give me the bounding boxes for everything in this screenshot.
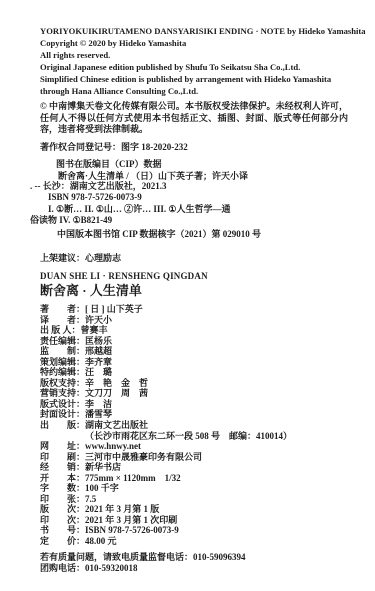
license-line-title: YORIYOKUIKIRUTAMENO DANSYARISIKI ENDING … xyxy=(40,26,349,38)
isbn-line: 书 号：ISBN 978-7-5726-0073-9 xyxy=(40,525,349,536)
translator-line: 译 者：许天小 xyxy=(40,315,349,326)
layout-design-line: 版式设计：李 洁 xyxy=(40,399,349,410)
quality-hotline-line: 若有质量问题，请致电质量监督电话：010-59096394 xyxy=(40,552,349,564)
cip-description-line2: . -- 长沙：湖南文艺出版社，2021.3 xyxy=(30,181,349,191)
cip-isbn: ISBN 978-7-5726-0073-9 xyxy=(48,192,349,202)
responsible-editor-line: 责任编辑：匡杨乐 xyxy=(40,336,349,347)
title-pinyin: DUAN SHE LI · RENSHENG QINGDAN xyxy=(40,271,349,282)
footer-block: 若有质量问题，请致电质量监督电话：010-59096394 团购电话：010-5… xyxy=(40,552,349,575)
marketing-support-line: 营销支持：文刀刀 周 茜 xyxy=(40,388,349,399)
printing-line: 印 次：2021 年 3 月第 1 次印刷 xyxy=(40,515,349,526)
printer-line: 印 刷：三河市中晟雅豪印务有限公司 xyxy=(40,452,349,463)
cover-design-line: 封面设计：潘雪琴 xyxy=(40,409,349,420)
publishing-house-line: 出 版：湖南文艺出版社 xyxy=(40,420,349,431)
colophon-block: 著 者：[ 日 ] 山下英子 译 者：许天小 出 版 人：曾赛丰 责任编辑：匡杨… xyxy=(40,304,349,547)
format-line: 开 本：775mm × 1120mm 1/32 xyxy=(40,473,349,484)
license-line-original-edition: Original Japanese edition published by S… xyxy=(40,62,349,74)
distributor-line: 经 销：新华书店 xyxy=(40,462,349,473)
cip-classification-line2: 俗读物 IV. ①B821-49 xyxy=(30,215,349,225)
shelf-advice: 上架建议：心理励志 xyxy=(40,253,349,264)
author-line: 著 者：[ 日 ] 山下英子 xyxy=(40,304,349,315)
license-line-rights: All rights reserved. xyxy=(40,50,349,62)
copyright-notice: © 中南博集天卷文化传媒有限公司。本书版权受法律保护。未经权利人许可，任何人不得… xyxy=(40,101,348,135)
price-line: 定 价：48.00 元 xyxy=(40,536,349,547)
license-line-chinese-edition: Simplified Chinese edition is published … xyxy=(40,74,349,86)
website-line: 网 址：www.hnwy.net xyxy=(40,441,349,452)
group-purchase-line: 团购电话：010-59320018 xyxy=(40,563,349,575)
copyright-page: YORIYOKUIKIRUTAMENO DANSYARISIKI ENDING … xyxy=(0,0,375,591)
planning-editor-line: 策划编辑：李齐章 xyxy=(40,357,349,368)
cip-record-number: 中国版本图书馆 CIP 数据核字（2021）第 029010 号 xyxy=(57,229,349,239)
word-count-line: 字 数：100 千字 xyxy=(40,483,349,494)
rights-support-line: 版权支持：辛 艳 金 哲 xyxy=(40,378,349,389)
supervisor-line: 监 制：邢越超 xyxy=(40,346,349,357)
license-line-agency: through Hana Alliance Consulting Co.,Ltd… xyxy=(40,86,349,98)
edition-line: 版 次：2021 年 3 月第 1 版 xyxy=(40,504,349,515)
sheet-count-line: 印 张：7.5 xyxy=(40,494,349,505)
registration-number: 著作权合同登记号：图字 18-2020-232 xyxy=(40,142,349,153)
license-line-copyright: Copyright © 2020 by Hideko Yamashita xyxy=(40,38,349,50)
publisher-person-line: 出 版 人：曾赛丰 xyxy=(40,325,349,336)
publisher-address-line: （长沙市雨花区东二环一段 508 号 邮编：410014） xyxy=(85,431,349,442)
cip-block: 图书在版编目（CIP）数据 断舍离·人生清单 / （日）山下英子著；许天小译 .… xyxy=(40,159,349,240)
license-block: YORIYOKUIKIRUTAMENO DANSYARISIKI ENDING … xyxy=(40,26,349,97)
cip-classification-line1: I. ①断… II. ①山… ②许… III. ①人生哲学—通 xyxy=(48,204,349,214)
contributing-editor-line: 特约编辑：汪 璐 xyxy=(40,367,349,378)
cip-description-line1: 断舍离·人生清单 / （日）山下英子著；许天小译 xyxy=(58,171,349,181)
book-title: 断舍离 · 人生清单 xyxy=(40,283,349,298)
cip-heading: 图书在版编目（CIP）数据 xyxy=(56,159,349,170)
